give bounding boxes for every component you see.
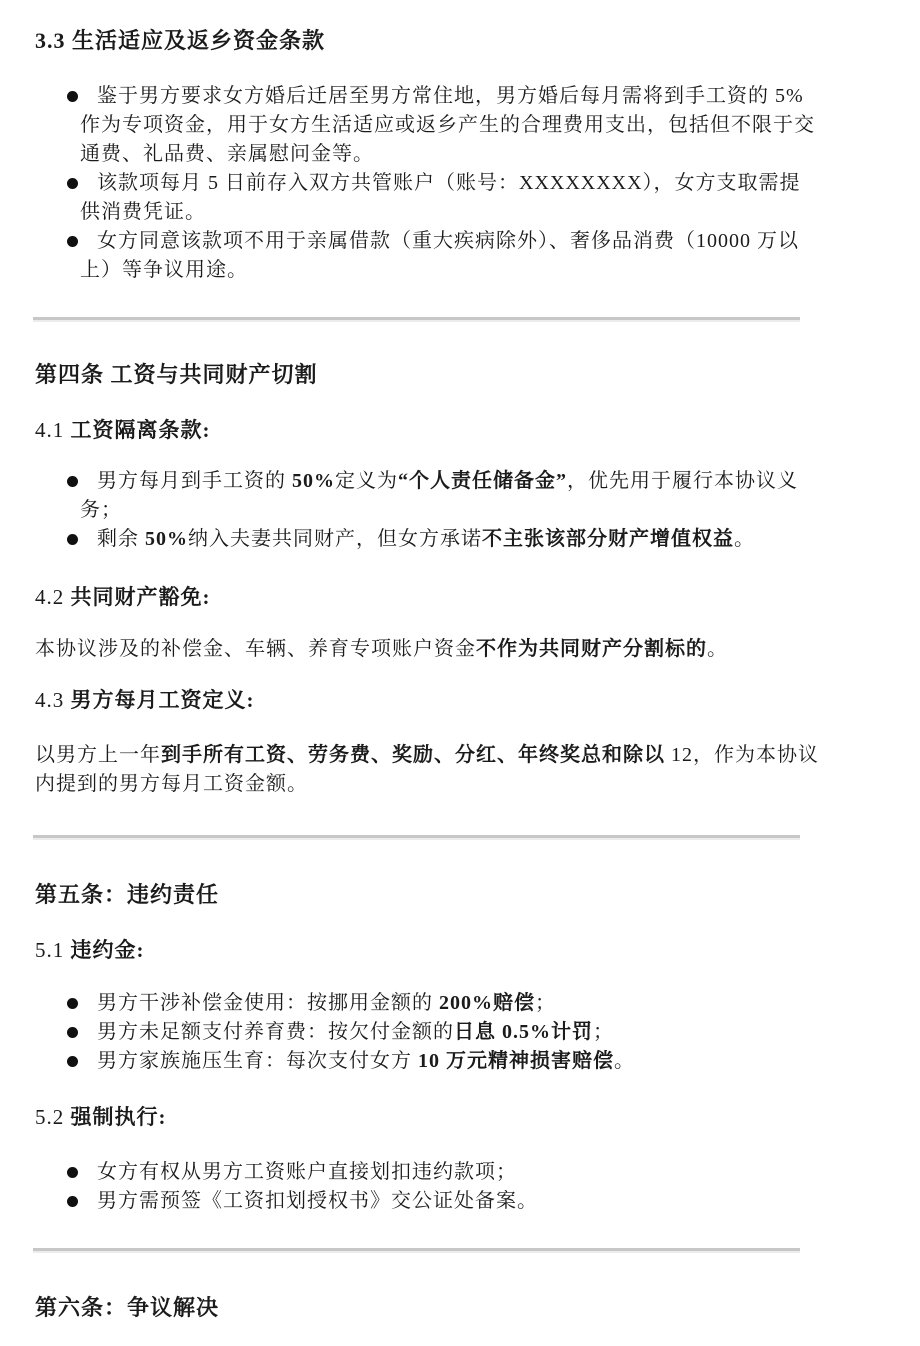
heading-article-4: 第四条 工资与共同财产切割 <box>35 360 820 390</box>
bullet-dot-icon <box>67 91 78 102</box>
bullet-list-3-3: 鉴于男方要求女方婚后迁居至男方常住地，男方婚后每月需将到手工资的 5%作为专项资… <box>35 82 820 285</box>
text-run: 男方每月到手工资的 <box>97 470 292 492</box>
bullet-dot-icon <box>67 1196 78 1207</box>
heading-number: 5.2 <box>35 1105 71 1129</box>
text-run-bold: 到手所有工资、劳务费、奖励、分红、年终奖总和除以 <box>161 744 665 766</box>
text-run: 女方同意该款项不用于亲属借款（重大疾病除外）、奢侈品消费（10000 万以上）等… <box>80 230 799 281</box>
heading-4-2: 4.2 共同财产豁免: <box>35 583 820 612</box>
bullet-dot-icon <box>67 534 78 545</box>
paragraph-4-2: 本协议涉及的补偿金、车辆、养育专项账户资金不作为共同财产分割标的。 <box>35 635 820 664</box>
text-run: 鉴于男方要求女方婚后迁居至男方常住地，男方婚后每月需将到手工资的 5%作为专项资… <box>80 85 815 165</box>
list-item: 男方家族施压生育：每次支付女方 10 万元精神损害赔偿。 <box>80 1047 820 1076</box>
list-item: 男方未足额支付养育费：按欠付金额的日息 0.5%计罚； <box>80 1018 820 1047</box>
text-run-bold: 不主张该部分财产增值权益 <box>482 528 734 550</box>
text-run: 男方未足额支付养育费：按欠付金额的 <box>97 1021 454 1043</box>
text-run: ； <box>593 1021 614 1043</box>
heading-title: 共同财产豁免: <box>71 585 211 609</box>
section-divider <box>33 1248 800 1253</box>
text-run: 剩余 <box>97 528 145 550</box>
heading-article-6: 第六条：争议解决 <box>35 1293 820 1323</box>
bullet-dot-icon <box>67 1027 78 1038</box>
list-item: 男方干涉补偿金使用：按挪用金额的 200%赔偿； <box>80 989 820 1018</box>
text-run: 本协议涉及的补偿金、车辆、养育专项账户资金 <box>35 638 476 660</box>
bullet-dot-icon <box>67 476 78 487</box>
text-run-bold: 200%赔偿 <box>439 992 535 1014</box>
heading-section-3-3: 3.3 生活适应及返乡资金条款 <box>35 26 820 56</box>
bullet-dot-icon <box>67 1056 78 1067</box>
text-run: 男方家族施压生育：每次支付女方 <box>97 1050 418 1072</box>
text-run: 该款项每月 5 日前存入双方共管账户（账号：XXXXXXXX），女方支取需提供消… <box>80 172 801 223</box>
heading-article-5: 第五条：违约责任 <box>35 880 820 910</box>
list-item: 男方每月到手工资的 50%定义为“个人责任储备金”，优先用于履行本协议义务； <box>80 467 820 525</box>
list-item: 剩余 50%纳入夫妻共同财产，但女方承诺不主张该部分财产增值权益。 <box>80 525 820 554</box>
text-run-bold: 50% <box>292 470 335 492</box>
heading-number: 4.3 <box>35 688 71 712</box>
heading-number: 4.1 <box>35 418 71 442</box>
text-run: 。 <box>707 638 728 660</box>
bullet-list-5-2: 女方有权从男方工资账户直接划扣违约款项； 男方需预签《工资扣划授权书》交公证处备… <box>35 1158 820 1216</box>
bullet-dot-icon <box>67 1167 78 1178</box>
bullet-dot-icon <box>67 178 78 189</box>
list-item: 男方需预签《工资扣划授权书》交公证处备案。 <box>80 1187 820 1216</box>
list-item: 鉴于男方要求女方婚后迁居至男方常住地，男方婚后每月需将到手工资的 5%作为专项资… <box>80 82 820 169</box>
text-run-bold: “个人责任储备金” <box>398 470 567 492</box>
heading-number: 5.1 <box>35 938 71 962</box>
heading-title: 工资隔离条款: <box>71 418 211 442</box>
bullet-dot-icon <box>67 998 78 1009</box>
heading-5-1: 5.1 违约金: <box>35 936 820 965</box>
bullet-list-4-1: 男方每月到手工资的 50%定义为“个人责任储备金”，优先用于履行本协议义务； 剩… <box>35 467 820 554</box>
text-run-bold: 日息 0.5%计罚 <box>454 1021 593 1043</box>
heading-title: 男方每月工资定义: <box>71 688 255 712</box>
heading-title: 违约金: <box>71 938 145 962</box>
heading-number: 4.2 <box>35 585 71 609</box>
document-page: 3.3 生活适应及返乡资金条款 鉴于男方要求女方婚后迁居至男方常住地，男方婚后每… <box>0 0 920 1346</box>
text-run: 以男方上一年 <box>35 744 161 766</box>
bullet-dot-icon <box>67 236 78 247</box>
paragraph-4-3: 以男方上一年到手所有工资、劳务费、奖励、分红、年终奖总和除以 12，作为本协议内… <box>35 741 820 799</box>
bullet-list-5-1: 男方干涉补偿金使用：按挪用金额的 200%赔偿； 男方未足额支付养育费：按欠付金… <box>35 989 820 1076</box>
text-run: 定义为 <box>335 470 398 492</box>
list-item: 女方同意该款项不用于亲属借款（重大疾病除外）、奢侈品消费（10000 万以上）等… <box>80 227 820 285</box>
text-run-bold: 不作为共同财产分割标的 <box>476 638 707 660</box>
text-run: 。 <box>734 528 755 550</box>
text-run-bold: 10 万元精神损害赔偿 <box>418 1050 614 1072</box>
text-run-bold: 50% <box>145 528 188 550</box>
list-item: 女方有权从男方工资账户直接划扣违约款项； <box>80 1158 820 1187</box>
text-run: 男方需预签《工资扣划授权书》交公证处备案。 <box>97 1190 538 1212</box>
text-run: 男方干涉补偿金使用：按挪用金额的 <box>97 992 439 1014</box>
section-divider <box>33 835 800 840</box>
text-run: 女方有权从男方工资账户直接划扣违约款项； <box>97 1161 517 1183</box>
heading-5-2: 5.2 强制执行: <box>35 1103 820 1132</box>
section-divider <box>33 317 800 322</box>
heading-title: 强制执行: <box>71 1105 167 1129</box>
text-run: 纳入夫妻共同财产，但女方承诺 <box>188 528 482 550</box>
heading-4-3: 4.3 男方每月工资定义: <box>35 686 820 715</box>
text-run: ； <box>535 992 556 1014</box>
list-item: 该款项每月 5 日前存入双方共管账户（账号：XXXXXXXX），女方支取需提供消… <box>80 169 820 227</box>
heading-4-1: 4.1 工资隔离条款: <box>35 416 820 445</box>
text-run: 。 <box>614 1050 635 1072</box>
